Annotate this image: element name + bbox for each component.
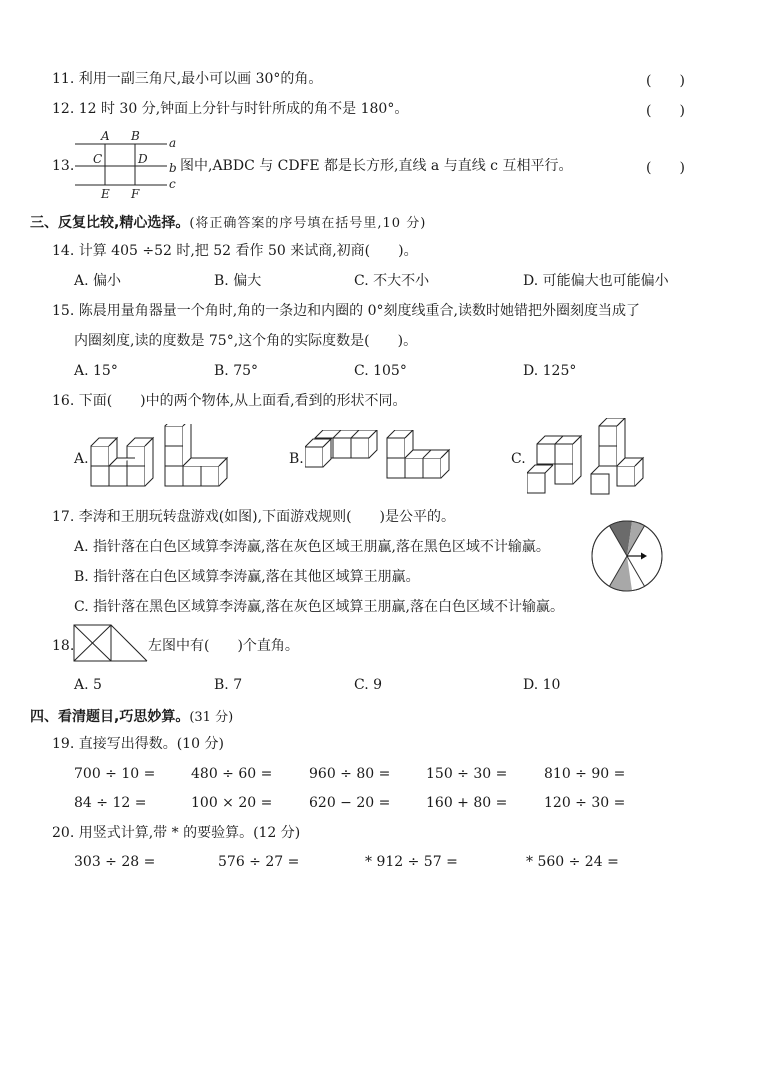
vertical-calc-3: * 912 ÷ 57 = (365, 853, 458, 871)
question-15-line1: 15. 陈晨用量角器量一个角时,角的一条边和内圈的 0°刻度线重合,读数时她错把… (52, 302, 640, 320)
option-16-b-cubes[interactable] (305, 430, 455, 492)
option-14-c[interactable]: C. 不大不小 (354, 272, 429, 290)
vertical-calc-2: 576 ÷ 27 = (218, 853, 299, 871)
parallel-lines-figure: A B C D E F a b c (72, 128, 182, 200)
option-15-d[interactable]: D. 125° (523, 362, 576, 380)
option-18-d[interactable]: D. 10 (523, 676, 560, 694)
answer-bracket-11[interactable]: ( ) (646, 70, 685, 90)
section-3-title: 三、反复比较,精心选择。 (30, 215, 189, 231)
question-14-text: 14. 计算 405 ÷52 时,把 52 看作 50 来试商,初商( )。 (52, 242, 418, 260)
option-16-a-cubes[interactable] (90, 424, 240, 494)
option-16-c-label[interactable]: C. (511, 450, 526, 468)
option-16-a-label[interactable]: A. (74, 450, 89, 468)
option-15-b[interactable]: B. 75° (214, 362, 258, 380)
question-18-number: 18. (52, 637, 74, 655)
calc-19-2: 480 ÷ 60 = (191, 765, 272, 783)
question-19-text: 19. 直接写出得数。(10 分) (52, 735, 224, 753)
option-16-b-label[interactable]: B. (289, 450, 304, 468)
calc-19-4: 150 ÷ 30 = (426, 765, 507, 783)
calc-19-8: 620 − 20 = (309, 794, 390, 812)
option-17-a[interactable]: A. 指针落在白色区域算李涛赢,落在灰色区域王朋赢,落在黑色区域不计输赢。 (74, 538, 550, 556)
question-15-line2: 内圈刻度,读的度数是 75°,这个角的实际度数是( )。 (74, 332, 417, 350)
answer-bracket-13[interactable]: ( ) (646, 157, 685, 177)
question-13-number: 13. (52, 157, 74, 175)
question-12-text: 12. 12 时 30 分,钟面上分针与时针所成的角不是 180°。 (52, 100, 408, 118)
svg-text:b: b (169, 161, 177, 175)
svg-text:C: C (93, 152, 102, 166)
vertical-calc-1: 303 ÷ 28 = (74, 853, 155, 871)
option-14-a[interactable]: A. 偏小 (74, 272, 121, 290)
question-20-text: 20. 用竖式计算,带 * 的要验算。(12 分) (52, 824, 300, 842)
spinner-figure (590, 519, 664, 593)
svg-text:E: E (100, 187, 110, 200)
svg-text:F: F (130, 187, 140, 200)
section-3-note: (将正确答案的序号填在括号里,10 分) (189, 216, 426, 231)
section-3-header: 三、反复比较,精心选择。(将正确答案的序号填在括号里,10 分) (30, 212, 426, 232)
option-18-a[interactable]: A. 5 (74, 676, 102, 694)
calc-19-7: 100 × 20 = (191, 794, 272, 812)
svg-text:B: B (130, 129, 140, 143)
section-4-note: (31 分) (189, 710, 233, 725)
option-15-c[interactable]: C. 105° (354, 362, 407, 380)
option-18-b[interactable]: B. 7 (214, 676, 242, 694)
calc-19-6: 84 ÷ 12 = (74, 794, 146, 812)
option-16-c-cubes[interactable] (527, 418, 657, 498)
calc-19-9: 160 + 80 = (426, 794, 507, 812)
calc-19-5: 810 ÷ 90 = (544, 765, 625, 783)
calc-19-10: 120 ÷ 30 = (544, 794, 625, 812)
vertical-calc-4: * 560 ÷ 24 = (526, 853, 619, 871)
section-4-header: 四、看清题目,巧思妙算。(31 分) (30, 706, 233, 726)
svg-text:a: a (169, 136, 176, 150)
svg-text:A: A (100, 129, 110, 143)
option-14-d[interactable]: D. 可能偏大也可能偏小 (523, 272, 669, 290)
svg-text:D: D (137, 152, 148, 166)
calc-19-1: 700 ÷ 10 = (74, 765, 155, 783)
calc-19-3: 960 ÷ 80 = (309, 765, 390, 783)
question-13-text: 图中,ABDC 与 CDFE 都是长方形,直线 a 与直线 c 互相平行。 (180, 157, 572, 175)
option-14-b[interactable]: B. 偏大 (214, 272, 261, 290)
svg-text:c: c (169, 177, 176, 191)
section-4-title: 四、看清题目,巧思妙算。 (30, 709, 189, 725)
option-15-a[interactable]: A. 15° (74, 362, 118, 380)
right-angle-figure (73, 624, 151, 664)
option-18-c[interactable]: C. 9 (354, 676, 382, 694)
answer-bracket-12[interactable]: ( ) (646, 100, 685, 120)
question-16-text: 16. 下面( )中的两个物体,从上面看,看到的形状不同。 (52, 392, 407, 410)
option-17-b[interactable]: B. 指针落在白色区域算李涛赢,落在其他区域算王朋赢。 (74, 568, 420, 586)
option-17-c[interactable]: C. 指针落在黑色区域算李涛赢,落在灰色区域算王朋赢,落在白色区域不计输赢。 (74, 598, 564, 616)
question-18-text: 左图中有( )个直角。 (148, 637, 299, 655)
question-17-text: 17. 李涛和王朋玩转盘游戏(如图),下面游戏规则( )是公平的。 (52, 508, 455, 526)
question-11-text: 11. 利用一副三角尺,最小可以画 30°的角。 (52, 70, 322, 88)
